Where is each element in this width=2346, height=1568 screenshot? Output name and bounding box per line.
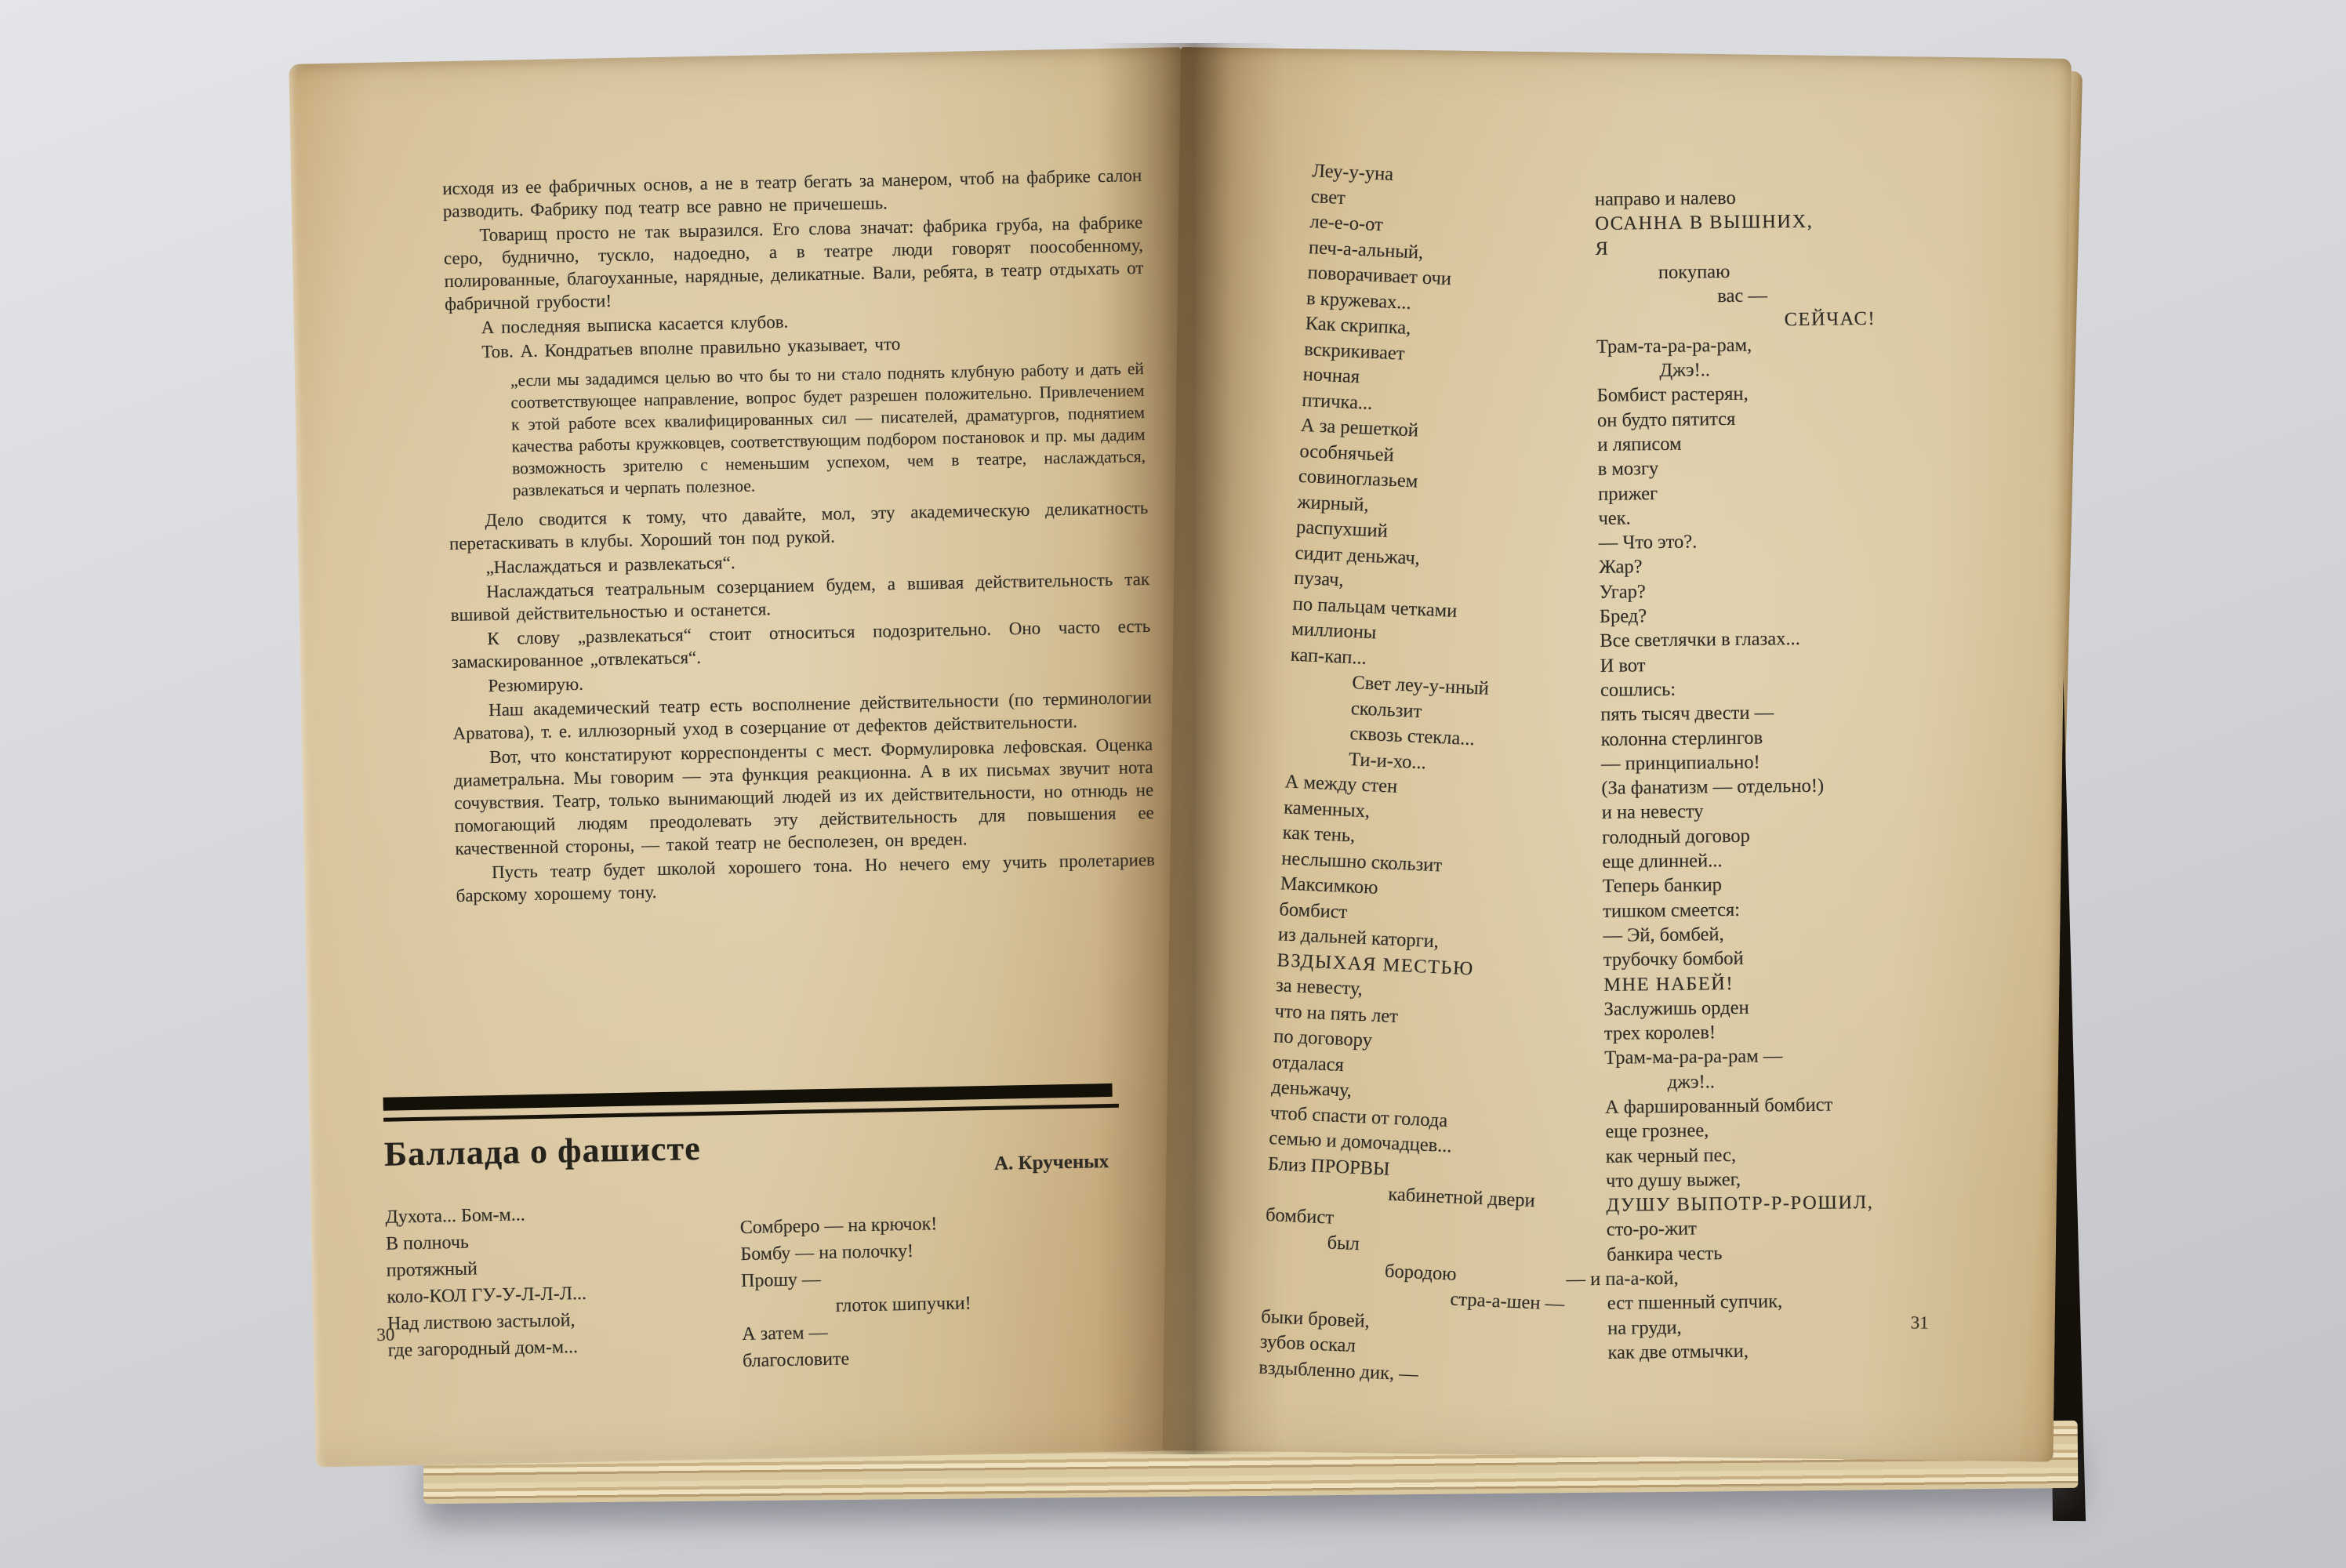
- left-page: исходя из ее фабричных основ, а не в теа…: [289, 47, 1207, 1468]
- page-number-left: 30: [376, 1325, 394, 1345]
- poem-line: в мозгу: [1598, 454, 1878, 481]
- article-paragraph: Вот, что констатируют корреспонденты с м…: [453, 733, 1155, 860]
- poem-line: Трам-та-ра-ра-рам,: [1596, 332, 1876, 359]
- poem-line: покупаю: [1596, 258, 1876, 285]
- poem-line: А фаршированный бомбист: [1605, 1092, 1885, 1120]
- poem-line: Теперь банкир: [1603, 871, 1883, 898]
- poem-line: пять тысяч двести —: [1600, 699, 1880, 727]
- poem-line: как черный пес,: [1606, 1141, 1886, 1168]
- article-paragraph: „если мы зададимся целью во что бы то ни…: [510, 358, 1146, 501]
- poem-line: Бомбист растерян,: [1597, 380, 1877, 408]
- poem-line: банкира честь: [1607, 1240, 1887, 1267]
- poem-line: — Эй, бомбей,: [1603, 920, 1883, 948]
- poem-line: Все светлячки в глазах...: [1600, 626, 1879, 653]
- poem-line: Я: [1595, 233, 1875, 260]
- poem-line: Заслужишь орден: [1603, 994, 1883, 1022]
- poem-line: он будто пятится: [1597, 405, 1877, 433]
- poem-line: как две отмычки,: [1607, 1338, 1887, 1365]
- poem-line: сто-ро-жит: [1607, 1214, 1887, 1242]
- poem-line: Джэ!..: [1596, 356, 1876, 383]
- poem-line: еще длинней...: [1602, 847, 1882, 874]
- poem-line: СЕЙЧАС!: [1596, 307, 1876, 334]
- poem-line: — принципиально!: [1601, 749, 1881, 776]
- poem-column-1: Леу-у-унасветле-е-о-отпеч-а-альный,повор…: [1258, 158, 1615, 1394]
- poem-line: колонна стерлингов: [1601, 724, 1881, 751]
- poem-line: вас —: [1596, 282, 1876, 310]
- poem-line: Жар?: [1599, 552, 1879, 579]
- poem-line: — Что это?.: [1599, 528, 1879, 555]
- poem-line: Бред?: [1600, 601, 1879, 629]
- poem-line: и на невесту: [1602, 797, 1882, 825]
- poem-column-left: Духота... Бом-м...В полночьпротяжныйколо…: [385, 1197, 743, 1381]
- poem-line: чек.: [1598, 503, 1878, 531]
- poem-line: и ляписом: [1597, 430, 1877, 457]
- poem-line: — и па-а-кой,: [1607, 1264, 1887, 1291]
- poem-line: прижег: [1598, 478, 1878, 506]
- poem-line: что душу выжег,: [1606, 1166, 1886, 1193]
- page-number-right: 31: [1911, 1312, 1929, 1333]
- poem-line: голодный договор: [1602, 822, 1882, 850]
- poem-line: ДУШУ ВЫПОТР-Р-РОШИЛ,: [1606, 1190, 1886, 1218]
- poem-line: еще грознее,: [1605, 1116, 1885, 1144]
- photo-backdrop: исходя из ее фабричных основ, а не в теа…: [0, 0, 2346, 1568]
- poem-line: ОСАННА В ВЫШНИХ,: [1595, 209, 1875, 236]
- poem-line: Угар?: [1599, 577, 1879, 604]
- poem-line: трубочку бомбой: [1603, 945, 1883, 972]
- poem-line: Трам-ма-ра-ра-рам —: [1604, 1043, 1884, 1070]
- poem-line: МНЕ НАБЕЙ!: [1603, 969, 1883, 996]
- right-page: Леу-у-унасветле-е-о-отпеч-а-альный,повор…: [1163, 47, 2072, 1462]
- poem-author: А. Крученых: [994, 1151, 1109, 1175]
- poem-line: ест пшенный супчик,: [1607, 1288, 1887, 1316]
- poem-line: где загородный дом-м...: [387, 1330, 743, 1364]
- poem-line: И вот: [1600, 650, 1879, 677]
- poem-line: (За фанатизм — отдельно!): [1601, 773, 1881, 800]
- poem-line: джэ!..: [1604, 1067, 1884, 1094]
- poem-column-2: направо и налевоОСАННА В ВЫШНИХ,Япокупаю…: [1595, 184, 1887, 1365]
- poem-line: сошлись:: [1600, 675, 1880, 702]
- poem-line: на груди,: [1607, 1312, 1887, 1340]
- poem-section: Баллада о фашисте А. Крученых Духота... …: [383, 1083, 1124, 1381]
- article-paragraph: Товарищ просто не так выразился. Его сло…: [443, 211, 1144, 315]
- poem-column-right: Сомбреро — на крючок!Бомбу — на полочку!…: [739, 1190, 1124, 1374]
- article-text-block: исходя из ее фабричных основ, а не в теа…: [442, 164, 1156, 909]
- poem-line: тишком смеется:: [1603, 895, 1883, 923]
- poem-line: трех королев!: [1604, 1018, 1884, 1046]
- poem-columns: Духота... Бом-м...В полночьпротяжныйколо…: [385, 1190, 1124, 1381]
- poem-line: направо и налево: [1595, 184, 1875, 212]
